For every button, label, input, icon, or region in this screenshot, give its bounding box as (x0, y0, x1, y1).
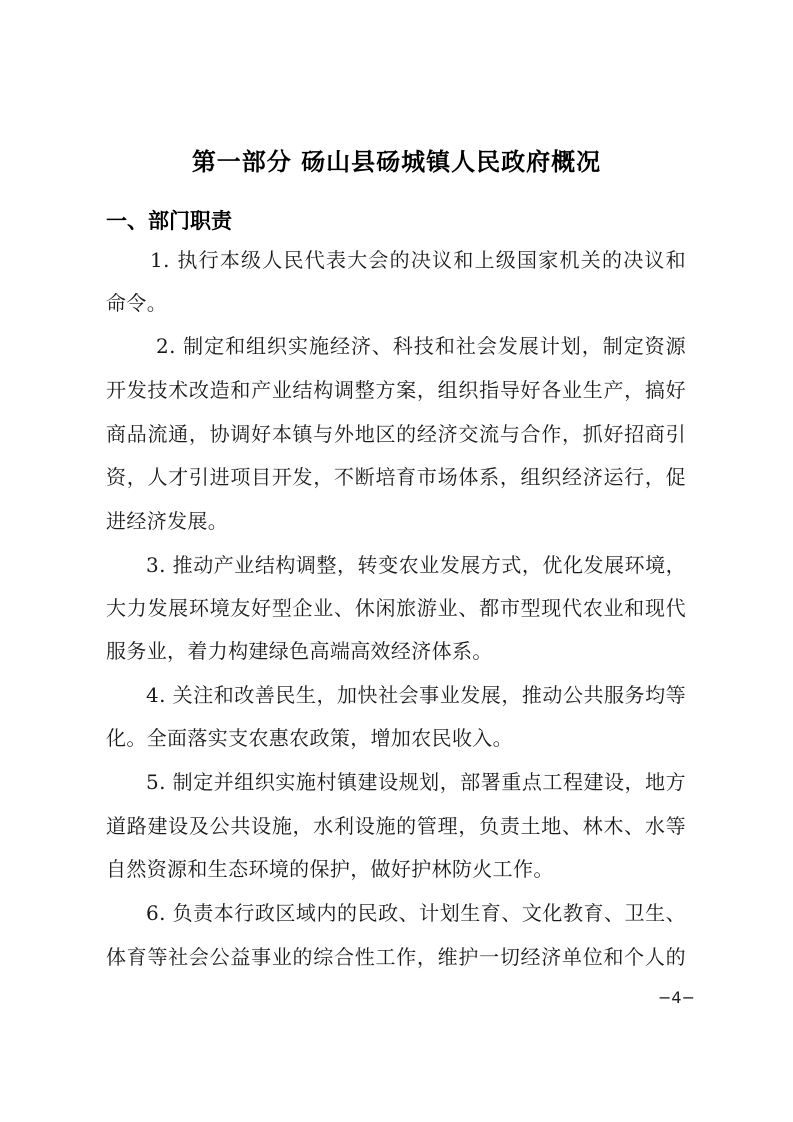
section-heading: 一、部门职责 (106, 205, 232, 235)
text-line: 开发技术改造和产业结构调整方案，组织指导好各业生产，搞好 (106, 376, 686, 404)
document-title: 第一部分 砀山县砀城镇人民政府概况 (0, 142, 793, 177)
text-line: 5. 制定并组织实施村镇建设规划，部署重点工程建设，地方 (146, 768, 686, 796)
text-line: 3. 推动产业结构调整，转变农业发展方式，优化发展环境， (146, 551, 686, 579)
text-line: 自然资源和生态环境的保护，做好护林防火工作。 (106, 855, 686, 883)
text-line: 道路建设及公共设施，水利设施的管理，负责土地、林木、水等 (106, 812, 686, 840)
text-line: 资，人才引进项目开发，不断培育市场体系，组织经济运行，促 (106, 463, 686, 491)
text-line: 进经济发展。 (106, 507, 686, 535)
page-number: −4− (658, 988, 695, 1007)
text-line: 商品流通，协调好本镇与外地区的经济交流与合作，抓好招商引 (106, 420, 686, 448)
text-line: 化。全面落实支农惠农政策，增加农民收入。 (106, 724, 686, 752)
text-line: 服务业，着力构建绿色高端高效经济体系。 (106, 637, 686, 665)
text-line: 命令。 (106, 289, 686, 317)
text-line: 体育等社会公益事业的综合性工作，维护一切经济单位和个人的 (106, 943, 686, 971)
text-line: 6. 负责本行政区域内的民政、计划生育、文化教育、卫生、 (146, 899, 686, 927)
text-line: 4. 关注和改善民生，加快社会事业发展，推动公共服务均等 (146, 681, 686, 709)
text-line: 大力发展环境友好型企业、休闲旅游业、都市型现代农业和现代 (106, 594, 686, 622)
text-line: 2. 制定和组织实施经济、科技和社会发展计划，制定资源 (156, 332, 686, 360)
text-line: 1. 执行本级人民代表大会的决议和上级国家机关的决议和 (150, 246, 686, 274)
